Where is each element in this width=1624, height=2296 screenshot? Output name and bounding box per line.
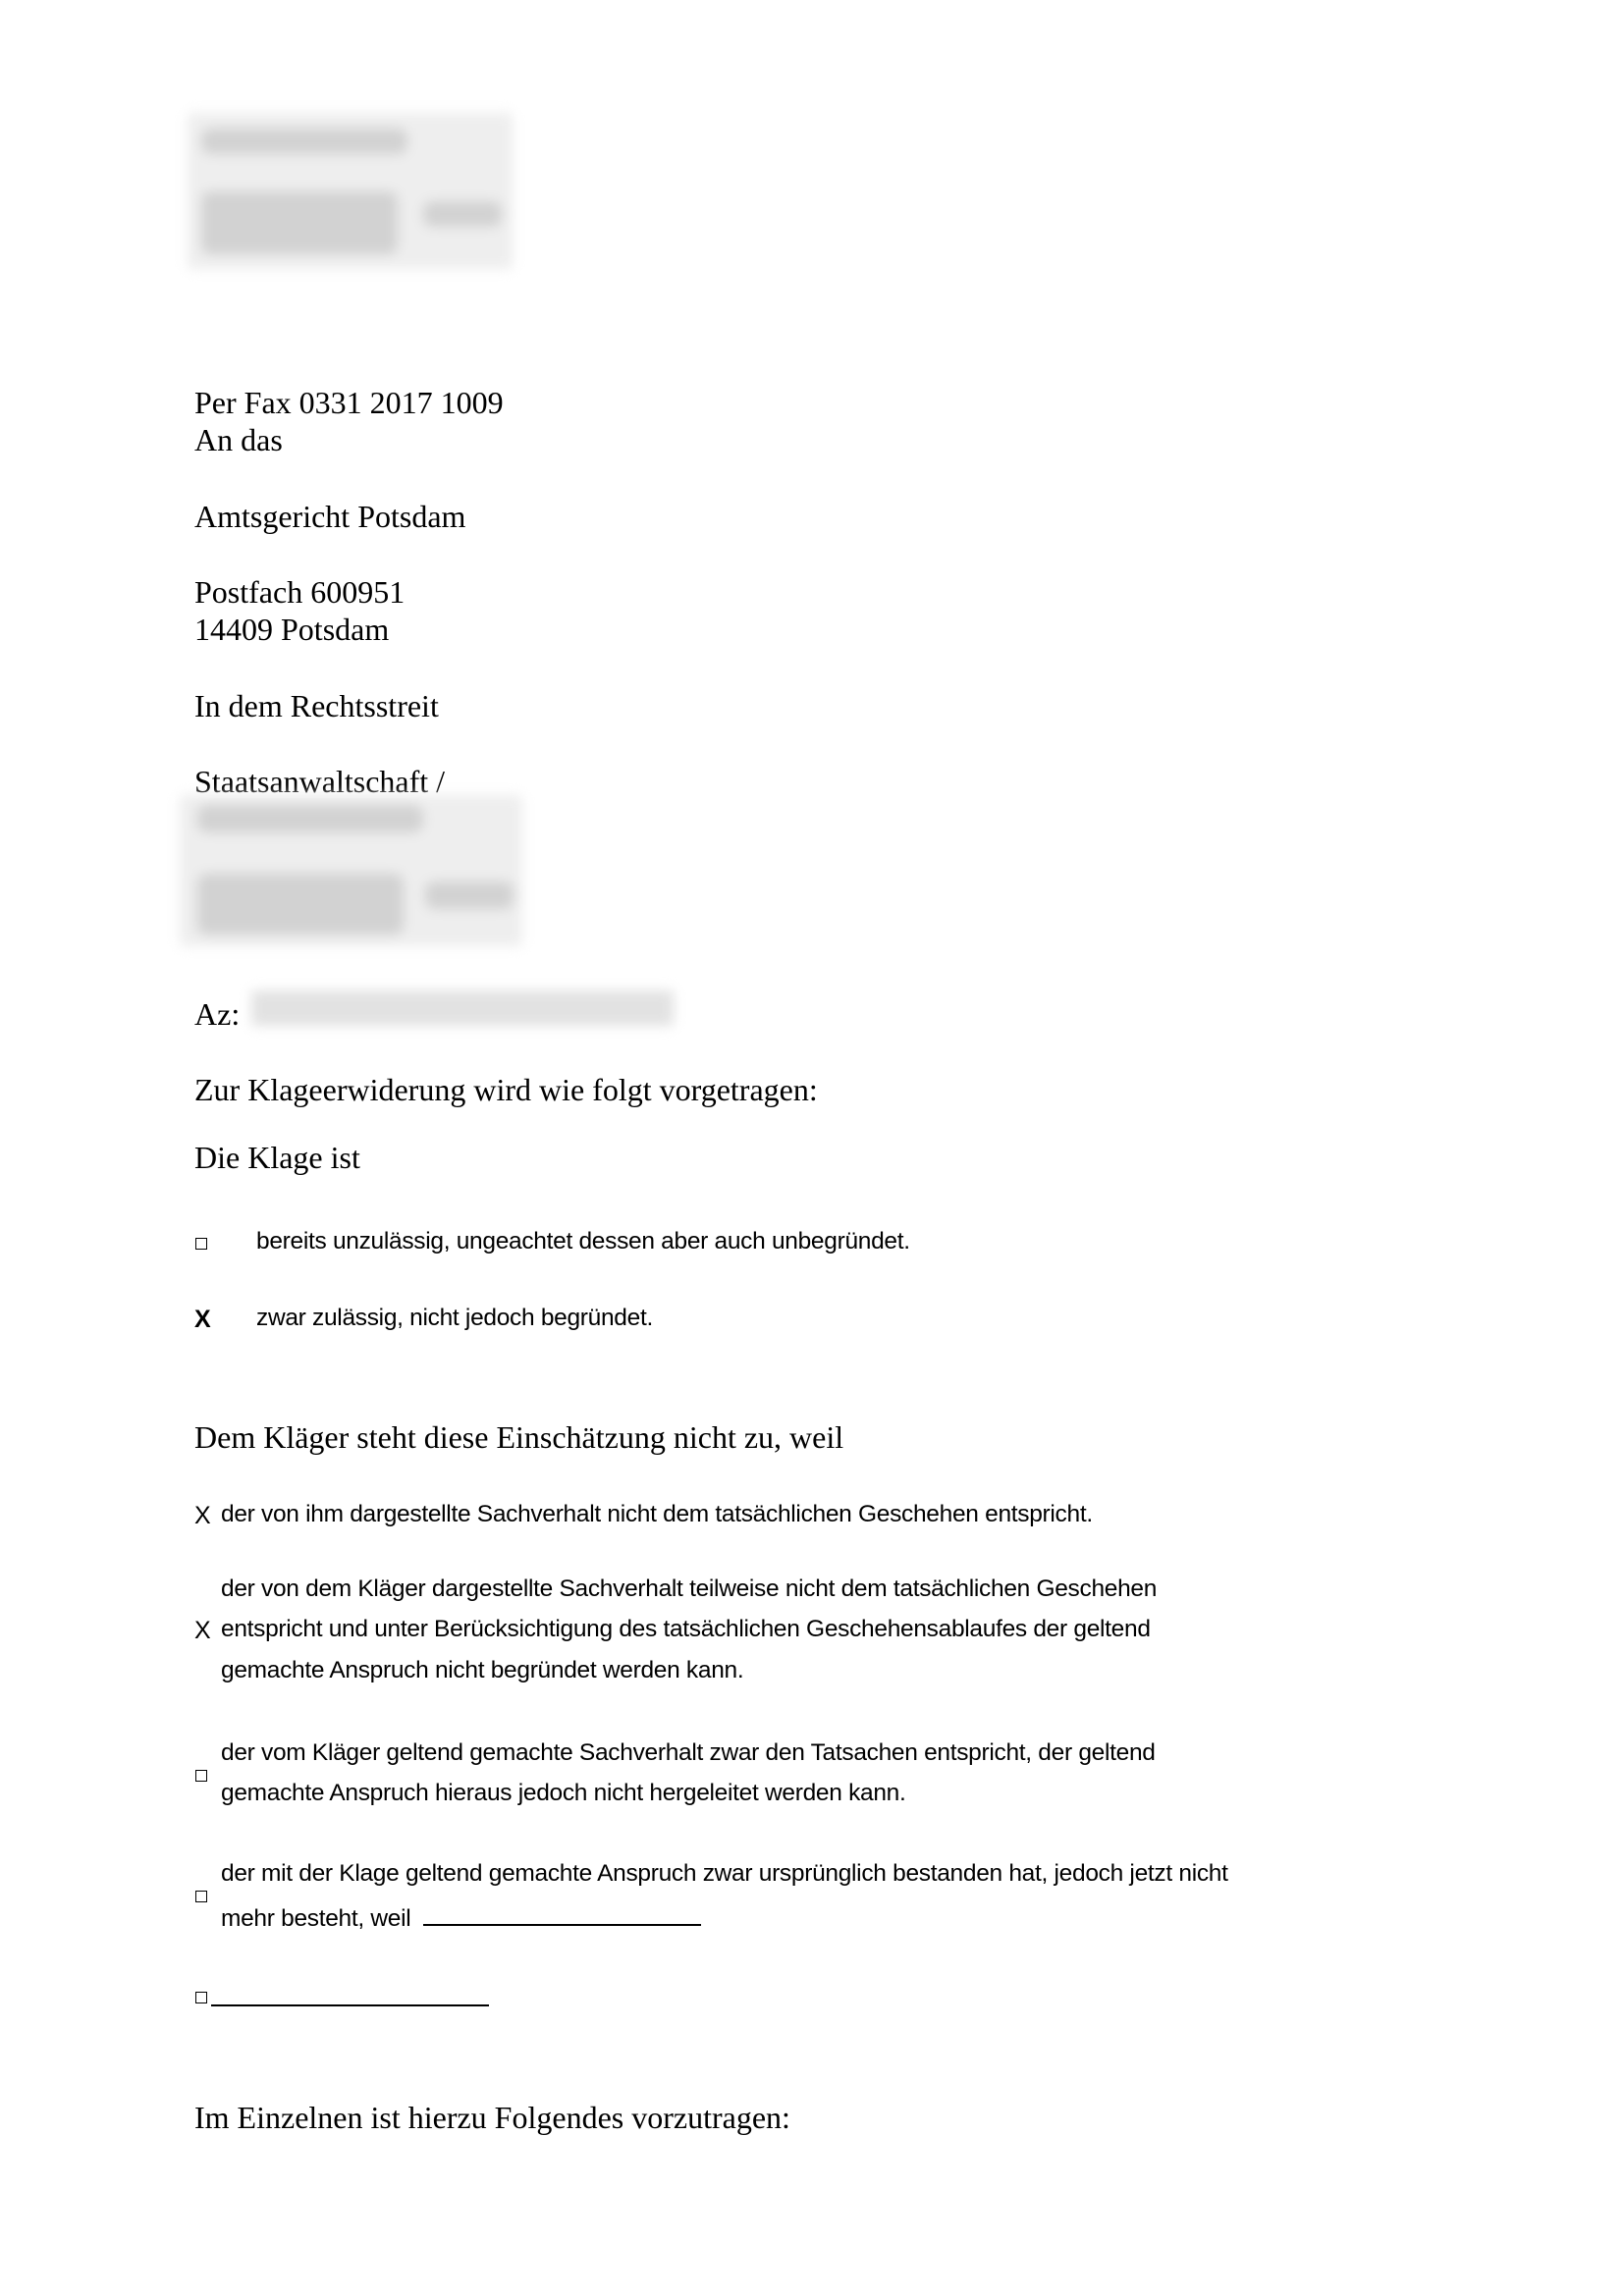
reason-4-line-1: der mit der Klage geltend gemachte Anspr…: [221, 1862, 1228, 1887]
checkbox-unchecked-icon[interactable]: [195, 1238, 207, 1250]
reason-4-line-2: mehr besteht, weil: [221, 1905, 410, 1932]
reason-2-line-1: der von dem Kläger dargestellte Sachverh…: [221, 1577, 1157, 1602]
checkbox-checked-x-icon[interactable]: X: [194, 1308, 211, 1332]
claim-status-label: Die Klage ist: [194, 1142, 360, 1173]
reason-1-line-1: der von ihm dargestellte Sachverhalt nic…: [221, 1503, 1093, 1527]
checkbox-checked-x-icon[interactable]: X: [194, 1619, 211, 1643]
recipient-city: 14409 Potsdam: [194, 614, 389, 645]
reason-4-fill-in-blank[interactable]: [423, 1902, 701, 1926]
checkbox-unchecked-icon[interactable]: [195, 1992, 207, 2003]
salutation: An das: [194, 424, 283, 455]
reason-2-line-2: entspricht und unter Berücksichtigung de…: [221, 1618, 1151, 1642]
recipient-name: Amtsgericht Potsdam: [194, 501, 465, 532]
checkbox-checked-x-icon[interactable]: X: [194, 1504, 211, 1528]
redacted-sender-block: [188, 113, 513, 269]
case-intro: In dem Rechtsstreit: [194, 690, 439, 721]
closing-line: Im Einzelnen ist hierzu Folgendes vorzut…: [194, 2102, 790, 2133]
claim-option-admissible-unfounded: zwar zulässig, nicht jedoch begründet.: [256, 1307, 653, 1331]
recipient-postbox: Postfach 600951: [194, 576, 405, 608]
reason-3-line-2: gemachte Anspruch hieraus jedoch nicht h…: [221, 1782, 906, 1806]
checkbox-unchecked-icon[interactable]: [195, 1770, 207, 1782]
claim-option-inadmissible: bereits unzulässig, ungeachtet dessen ab…: [256, 1230, 910, 1255]
reason-4-line-2-row: mehr besteht, weil: [221, 1902, 701, 1932]
party-plaintiff: Staatsanwaltschaft /: [194, 766, 445, 797]
checkbox-unchecked-icon[interactable]: [195, 1891, 207, 1902]
body-intro: Zur Klageerwiderung wird wie folgt vorge…: [194, 1074, 818, 1105]
file-number-label: Az:: [194, 998, 240, 1030]
fax-line: Per Fax 0331 2017 1009: [194, 387, 504, 418]
reason-2-line-3: gemachte Anspruch nicht begründet werden…: [221, 1659, 743, 1683]
reason-5-row: [211, 1983, 489, 2012]
reason-label: Dem Kläger steht diese Einschätzung nich…: [194, 1421, 843, 1453]
redacted-defendant-block: [180, 795, 522, 946]
reason-3-line-1: der vom Kläger geltend gemachte Sachverh…: [221, 1741, 1156, 1766]
redacted-file-number: [251, 990, 674, 1026]
reason-5-fill-in-blank[interactable]: [211, 1983, 489, 2006]
